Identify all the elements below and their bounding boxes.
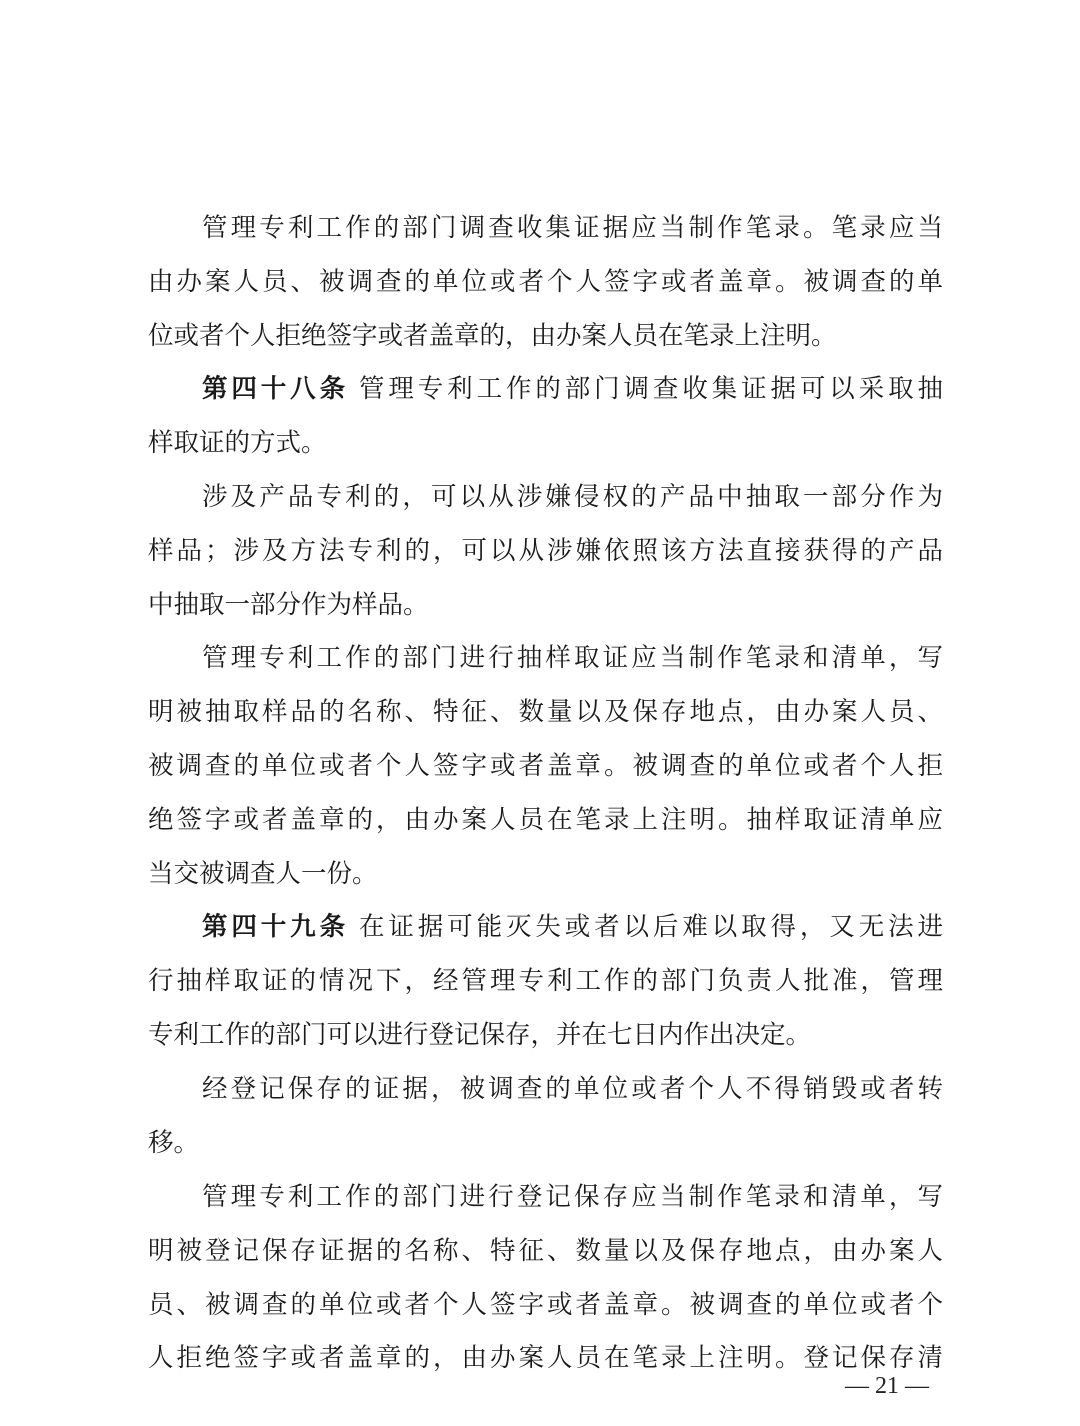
document-page: 管理专利工作的部门调查收集证据应当制作笔录。笔录应当 由办案人员、被调查的单位或… — [0, 0, 1080, 1426]
text-line: 位或者个人拒绝签字或者盖章的，由办案人员在笔录上注明。 — [148, 316, 943, 356]
article-49-first-line: 第四十九条在证据可能灭失或者以后难以取得，又无法进 — [202, 907, 943, 947]
text-line: 当交被调查人一份。 — [148, 854, 943, 894]
text-line: 绝签字或者盖章的，由办案人员在笔录上注明。抽样取证清单应 — [148, 800, 943, 840]
text-line: 中抽取一部分作为样品。 — [148, 585, 943, 625]
text-line: 明被登记保存证据的名称、特征、数量以及保存地点，由办案人 — [148, 1231, 943, 1271]
text-line: 管理专利工作的部门调查收集证据应当制作笔录。笔录应当 — [202, 208, 943, 248]
text-line: 样取证的方式。 — [148, 423, 943, 463]
text-line: 样品；涉及方法专利的，可以从涉嫌依照该方法直接获得的产品 — [148, 531, 943, 571]
text-line: 在证据可能灭失或者以后难以取得，又无法进 — [359, 912, 943, 942]
text-line: 经登记保存的证据，被调查的单位或者个人不得销毁或者转 — [202, 1069, 943, 1109]
text-line: 员、被调查的单位或者个人签字或者盖章。被调查的单位或者个 — [148, 1285, 943, 1325]
article-heading: 第四十八条 — [202, 374, 349, 404]
text-line: 管理专利工作的部门进行登记保存应当制作笔录和清单，写 — [202, 1177, 943, 1217]
text-line: 由办案人员、被调查的单位或者个人签字或者盖章。被调查的单 — [148, 262, 943, 302]
text-line: 管理专利工作的部门进行抽样取证应当制作笔录和清单，写 — [202, 638, 943, 678]
article-heading: 第四十九条 — [202, 912, 349, 942]
text-line: 移。 — [148, 1123, 943, 1163]
text-line: 涉及产品专利的，可以从涉嫌侵权的产品中抽取一部分作为 — [202, 477, 943, 517]
text-line: 明被抽取样品的名称、特征、数量以及保存地点，由办案人员、 — [148, 692, 943, 732]
text-line: 行抽样取证的情况下，经管理专利工作的部门负责人批准，管理 — [148, 961, 943, 1001]
text-line: 被调查的单位或者个人签字或者盖章。被调查的单位或者个人拒 — [148, 746, 943, 786]
page-number: — 21 — — [845, 1368, 929, 1404]
text-line: 人拒绝签字或者盖章的，由办案人员在笔录上注明。登记保存清 — [148, 1338, 943, 1378]
text-line: 专利工作的部门可以进行登记保存，并在七日内作出决定。 — [148, 1015, 943, 1055]
text-line: 管理专利工作的部门调查收集证据可以采取抽 — [359, 374, 943, 404]
article-48-first-line: 第四十八条管理专利工作的部门调查收集证据可以采取抽 — [202, 369, 943, 409]
